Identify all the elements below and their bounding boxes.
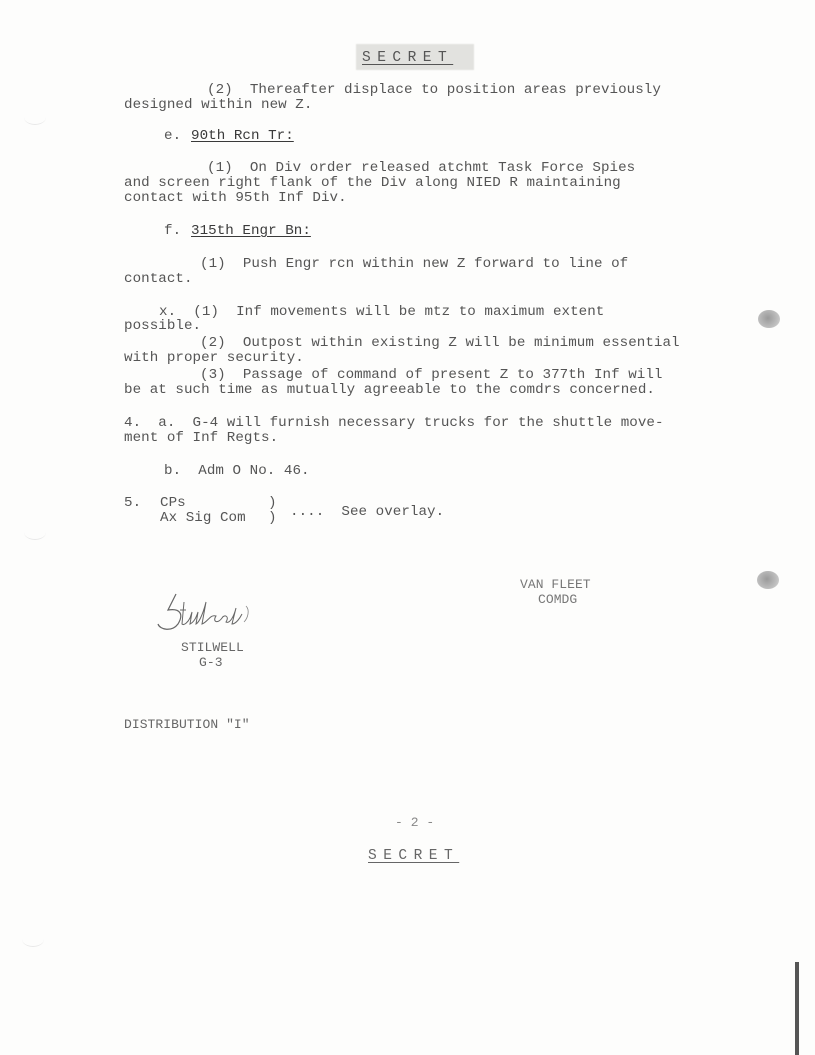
commander-title: COMDG (538, 592, 577, 607)
punch-hole-arc (24, 110, 46, 125)
para-x1-line1: x. (1) Inf movements will be mtz to maxi… (159, 305, 604, 320)
officer-name: STILWELL (181, 640, 244, 655)
para-4a-line1: 4. a. G-4 will furnish necessary trucks … (124, 416, 664, 431)
footer-classification: SECRET (368, 848, 459, 864)
commander-name: VAN FLEET (520, 577, 591, 592)
para-f-heading: 315th Engr Bn: (191, 224, 311, 239)
para-f1-line1: (1) Push Engr rcn within new Z forward t… (200, 257, 628, 272)
para-e-heading: 90th Rcn Tr: (191, 129, 294, 144)
para-d2-line1: (2) Thereafter displace to position area… (207, 83, 661, 98)
para-5-reference: .... See overlay. (290, 505, 444, 520)
punch-hole (758, 310, 780, 328)
para-5-brace-top: ) (268, 496, 277, 511)
para-d2-line2: designed within new Z. (124, 98, 312, 113)
handwritten-signature (150, 588, 270, 638)
para-x3-line1: (3) Passage of command of present Z to 3… (200, 368, 662, 383)
para-4a-line2: ment of Inf Regts. (124, 431, 278, 446)
officer-title: G-3 (199, 655, 223, 670)
page-edge-shadow (795, 962, 799, 1055)
para-5-number: 5. (124, 496, 141, 511)
para-4b: b. Adm O No. 46. (164, 464, 310, 479)
para-x2-line1: (2) Outpost within existing Z will be mi… (200, 336, 680, 351)
punch-hole-arc (22, 932, 44, 947)
para-x1-line2: possible. (124, 319, 201, 334)
para-e1-line3: contact with 95th Inf Div. (124, 191, 347, 206)
para-5-item-cps: CPs (160, 496, 186, 511)
para-e1-line2: and screen right flank of the Div along … (124, 176, 621, 191)
punch-hole (757, 571, 779, 589)
para-f1-line2: contact. (124, 272, 193, 287)
page-number: - 2 - (395, 815, 434, 830)
para-x2-line2: with proper security. (124, 351, 304, 366)
para-e1-line1: (1) On Div order released atchmt Task Fo… (207, 161, 635, 176)
para-x3-line2: be at such time as mutually agreeable to… (124, 383, 655, 398)
header-classification: SECRET (362, 50, 453, 66)
para-e-label: e. (164, 129, 181, 144)
para-5-item-ax-sig-com: Ax Sig Com (160, 511, 246, 526)
para-5-brace-bottom: ) (268, 511, 277, 526)
punch-hole-arc (24, 525, 46, 540)
distribution: DISTRIBUTION "I" (124, 717, 250, 732)
para-f-label: f. (164, 224, 181, 239)
